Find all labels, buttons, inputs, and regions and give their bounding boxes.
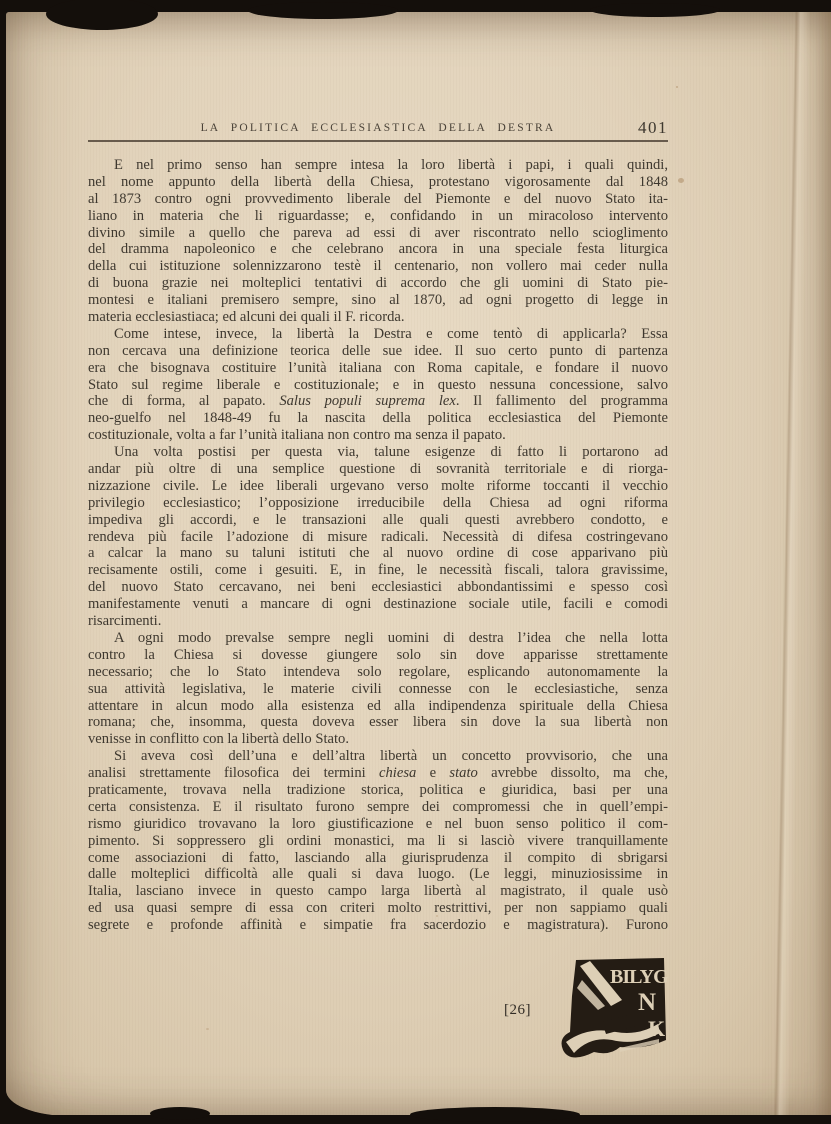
text-line: materia ecclesiastiaca; ed alcuni dei qu…	[88, 309, 668, 326]
scan-edge-left	[0, 0, 6, 1124]
paper-speck	[678, 178, 684, 183]
text-line: rismo giuridico trovavano la loro giusti…	[88, 816, 668, 833]
text-line: al 1873 contro ogni provvedimento libera…	[88, 191, 668, 208]
text-line: contro la Chiesa si dovesse giungere sol…	[88, 647, 668, 664]
text-line: nizzazione civile. Le idee liberali urge…	[88, 478, 668, 495]
text-line: necessario; che lo Stato intendeva solo …	[88, 664, 668, 681]
text-line: montesi e italiani premisero sempre, sin…	[88, 292, 668, 309]
text-line: neo-guelfo nel 1848-49 fu la nascita del…	[88, 410, 668, 427]
text-line: sua attività legislativa, le materie civ…	[88, 681, 668, 698]
text-line: Stato sul regime liberale e costituziona…	[88, 377, 668, 394]
deckle-edge	[590, 3, 720, 17]
book-page: LA POLITICA ECCLESIASTICA DELLA DESTRA 4…	[6, 12, 831, 1116]
text-line: certa consistenza. E il risultato furono…	[88, 799, 668, 816]
text-line: Italia, lasciano invece in questo campo …	[88, 883, 668, 900]
text-line: privilegio ecclesiastico; l’opposizione …	[88, 495, 668, 512]
text-line: divino simile a quello che pareva ad ess…	[88, 225, 668, 242]
paper-speck	[676, 86, 678, 88]
text-line: risarcimenti.	[88, 613, 668, 630]
text-line: andar più oltre di una semplice question…	[88, 461, 668, 478]
header-rule	[88, 140, 668, 142]
text-line: segrete e profonde affinità e simpatie f…	[88, 917, 668, 934]
deckle-edge	[410, 1107, 580, 1122]
text-line: romana; che, insomma, questa doveva esse…	[88, 714, 668, 731]
text-line: a calcar la mano su taluni istituti che …	[88, 545, 668, 562]
text-line: come associazioni di fatto, lasciando al…	[88, 850, 668, 867]
page-marker: [26]	[504, 1002, 531, 1019]
deckle-edge	[248, 2, 398, 19]
text-line: impediva gli accordi, e le transazioni a…	[88, 512, 668, 529]
paper-speck	[206, 1028, 209, 1030]
body-text: E nel primo senso han sempre intesa la l…	[88, 157, 668, 934]
stamp-letters-top: BILYG	[610, 966, 669, 988]
text-line: dalle molteplici difficoltà alle quali s…	[88, 866, 668, 883]
page-number: 401	[638, 118, 668, 138]
text-line: era che bisognava costituire l’unità ita…	[88, 360, 668, 377]
stamp-letter-mid: N	[638, 989, 656, 1016]
text-line: del nuovo Stato cercavano, nei beni eccl…	[88, 579, 668, 596]
page-header: LA POLITICA ECCLESIASTICA DELLA DESTRA 4…	[88, 118, 668, 140]
text-line: manifestamente venuti a mancare di ogni …	[88, 596, 668, 613]
text-line: attentare in alcun modo alla esistenza e…	[88, 698, 668, 715]
text-line: analisi strettamente filosofica dei term…	[88, 765, 668, 782]
running-title: LA POLITICA ECCLESIASTICA DELLA DESTRA	[88, 122, 668, 134]
text-line: costituzionale, volta a far l’unità ital…	[88, 427, 668, 444]
text-line: venisse in conflitto con la libertà dell…	[88, 731, 668, 748]
text-line: non cercava una definizione teorica dell…	[88, 343, 668, 360]
text-line: del dramma napoleonico e che celebrano a…	[88, 241, 668, 258]
text-line: A ogni modo prevalse sempre negli uomini…	[88, 630, 668, 647]
text-line: liano in materia che li riguardasse; e, …	[88, 208, 668, 225]
text-line: nel nome appunto della libertà della Chi…	[88, 174, 668, 191]
text-line: Si aveva così dell’una e dell’altra libe…	[88, 748, 668, 765]
text-line: pimento. Si soppressero gli ordini monas…	[88, 833, 668, 850]
text-line: ed usa quasi sempre di essa con criteri …	[88, 900, 668, 917]
text-line: Una volta postisi per questa via, talune…	[88, 444, 668, 461]
text-line: della cui istituzione solennizzarono tes…	[88, 258, 668, 275]
text-line: rendeva più facile l’adozione di misure …	[88, 529, 668, 546]
text-line: che di forma, al papato. Salus populi su…	[88, 393, 668, 410]
text-line: Come intese, invece, la libertà la Destr…	[88, 326, 668, 343]
paper-speck	[436, 915, 438, 917]
library-stamp-icon: BILYG N K	[558, 956, 670, 1058]
text-line: praticamente, trovava nella tradizione s…	[88, 782, 668, 799]
text-line: recisamente ostili, come i gesuiti. E, i…	[88, 562, 668, 579]
text-line: E nel primo senso han sempre intesa la l…	[88, 157, 668, 174]
deckle-edge	[150, 1107, 210, 1120]
text-line: di buona grazie nei molteplici tentativi…	[88, 275, 668, 292]
